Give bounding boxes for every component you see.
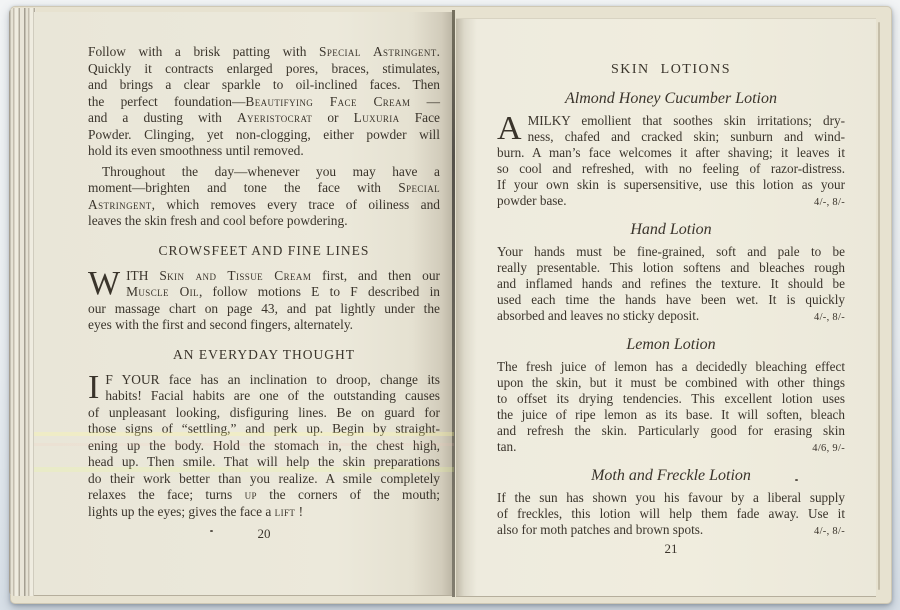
small-caps-text: Skin and Tissue Cream bbox=[159, 268, 311, 283]
product-subheading: Lemon Lotion bbox=[497, 336, 845, 354]
drop-cap: A bbox=[497, 115, 522, 143]
book-gutter bbox=[452, 10, 455, 597]
paragraph: Throughout the day—whenever you may have… bbox=[88, 164, 440, 230]
text-line: and inflamed hands and refines the textu… bbox=[497, 276, 845, 292]
text-line: leaves the skin fresh and cool before po… bbox=[88, 213, 440, 230]
product-subheading: Moth and Freckle Lotion bbox=[497, 467, 845, 485]
small-caps-text: Ayeristocrat bbox=[237, 110, 312, 125]
paragraph: AMILKY emollient that soothes skin irrit… bbox=[497, 113, 845, 209]
text-line-content: powder base. bbox=[497, 193, 567, 209]
left-page-text: Follow with a brisk patting with Special… bbox=[88, 44, 440, 542]
small-caps-text: Astringent bbox=[88, 197, 152, 212]
text-line: powder base.4/-, 8/- bbox=[497, 193, 845, 209]
text-line: hold its even smoothness until removed. bbox=[88, 143, 440, 160]
text-line: Throughout the day—whenever you may have… bbox=[88, 164, 440, 181]
paragraph: The fresh juice of lemon has a decidedly… bbox=[497, 359, 845, 455]
paragraph: If the sun has shown you his favour by a… bbox=[497, 490, 845, 538]
text-line: tan.4/6, 9/- bbox=[497, 439, 845, 455]
small-caps-text: Special Astringent bbox=[319, 44, 437, 59]
text-line: also for moth patches and brown spots.4/… bbox=[497, 522, 845, 538]
text-line: ness, chafed and cracked skin; sunburn a… bbox=[497, 129, 845, 145]
text-line: of freckles, this lotion will help them … bbox=[497, 506, 845, 522]
left-page-number: 20 bbox=[88, 526, 440, 542]
text-line: ITH Skin and Tissue Cream first, and the… bbox=[88, 268, 440, 285]
price: 4/-, 8/- bbox=[814, 195, 845, 211]
section-heading: AN EVERYDAY THOUGHT bbox=[88, 347, 440, 363]
paragraph: IF YOUR face has an inclination to droop… bbox=[88, 372, 440, 521]
text-line: MILKY emollient that soothes skin irrita… bbox=[497, 113, 845, 129]
text-line: Follow with a brisk patting with Special… bbox=[88, 44, 440, 61]
price: 4/-, 8/- bbox=[814, 524, 845, 540]
text-line: Muscle Oil, follow motions E to F descri… bbox=[88, 284, 440, 301]
product-subheading: Hand Lotion bbox=[497, 221, 845, 239]
price: 4/6, 9/- bbox=[812, 441, 845, 457]
text-line: lights up the eyes; gives the face a lif… bbox=[88, 504, 440, 521]
small-caps-text: lift bbox=[275, 504, 296, 519]
text-line: our massage chart on page 43, and pat li… bbox=[88, 301, 440, 318]
text-line: If your own skin is supersensitive, use … bbox=[497, 177, 845, 193]
drop-cap: I bbox=[88, 374, 99, 402]
paragraph: WITH Skin and Tissue Cream first, and th… bbox=[88, 268, 440, 334]
text-line: of unpleasant looking, disfiguring lines… bbox=[88, 405, 440, 422]
text-line: and refresh the skin. Particularly good … bbox=[497, 423, 845, 439]
text-line: Powder. Clinging, yet non-clogging, eith… bbox=[88, 127, 440, 144]
text-line-content: absorbed and leaves no sticky deposit. bbox=[497, 308, 699, 324]
small-caps-text: Special bbox=[398, 180, 440, 195]
paragraph: Your hands must be fine-grained, soft an… bbox=[497, 244, 845, 324]
drop-cap: W bbox=[88, 270, 120, 298]
text-line: those signs of “settling,” and perk up. … bbox=[88, 421, 440, 438]
text-line: so cool and refreshed, with no feeling o… bbox=[497, 161, 845, 177]
text-line: and brings a clear sparkle to oil-inclin… bbox=[88, 77, 440, 94]
text-line: absorbed and leaves no sticky deposit.4/… bbox=[497, 308, 845, 324]
text-line: do their work better than you realize. A… bbox=[88, 471, 440, 488]
text-line: Your hands must be fine-grained, soft an… bbox=[497, 244, 845, 260]
paragraph: Follow with a brisk patting with Special… bbox=[88, 44, 440, 160]
text-line: Quickly it contracts enlarged pores, bra… bbox=[88, 61, 440, 78]
dust-speck bbox=[795, 479, 798, 481]
text-line: habits! Facial habits are one of the out… bbox=[88, 388, 440, 405]
right-page-text: SKIN LOTIONSAlmond Honey Cucumber Lotion… bbox=[497, 62, 845, 557]
text-line: The fresh juice of lemon has a decidedly… bbox=[497, 359, 845, 375]
text-line: really presentable. This lotion softens … bbox=[497, 260, 845, 276]
text-line: upon the skin, but it must be combined w… bbox=[497, 375, 845, 391]
price: 4/-, 8/- bbox=[814, 310, 845, 326]
text-line: to offset its drying tendencies. This ex… bbox=[497, 391, 845, 407]
text-line: and a dusting with Ayeristocrat or Luxur… bbox=[88, 110, 440, 127]
page-title: SKIN LOTIONS bbox=[497, 62, 845, 78]
small-caps-text: Beautifying Face Cream bbox=[245, 94, 410, 109]
text-line-content: also for moth patches and brown spots. bbox=[497, 522, 703, 538]
page-edge-stack bbox=[9, 8, 36, 596]
text-line: relaxes the face; turns up the corners o… bbox=[88, 487, 440, 504]
text-line: If the sun has shown you his favour by a… bbox=[497, 490, 845, 506]
text-line: the juice of ripe lemon as its base. It … bbox=[497, 407, 845, 423]
small-caps-text: Muscle Oil bbox=[126, 284, 199, 299]
section-heading: CROWSFEET AND FINE LINES bbox=[88, 243, 440, 259]
text-line: the perfect foundation—Beautifying Face … bbox=[88, 94, 440, 111]
text-line: Astringent, which removes every trace of… bbox=[88, 197, 440, 214]
right-page-number: 21 bbox=[497, 541, 845, 557]
small-caps-text: up bbox=[245, 487, 257, 502]
cover-edge-line bbox=[878, 22, 880, 590]
text-line-content: tan. bbox=[497, 439, 516, 455]
text-line: head up. Then smile. That will help the … bbox=[88, 454, 440, 471]
product-subheading: Almond Honey Cucumber Lotion bbox=[497, 90, 845, 108]
text-line: used each time the hands have been wet. … bbox=[497, 292, 845, 308]
text-line: eyes with the first and second fingers, … bbox=[88, 317, 440, 334]
text-line: ening up the body. Hold the stomach in, … bbox=[88, 438, 440, 455]
dust-speck bbox=[210, 530, 213, 532]
text-line: burn. A man’s face welcomes it after sha… bbox=[497, 145, 845, 161]
text-line: moment—brighten and tone the face with S… bbox=[88, 180, 440, 197]
text-line: F YOUR face has an inclination to droop,… bbox=[88, 372, 440, 389]
small-caps-text: Luxuria bbox=[354, 110, 400, 125]
